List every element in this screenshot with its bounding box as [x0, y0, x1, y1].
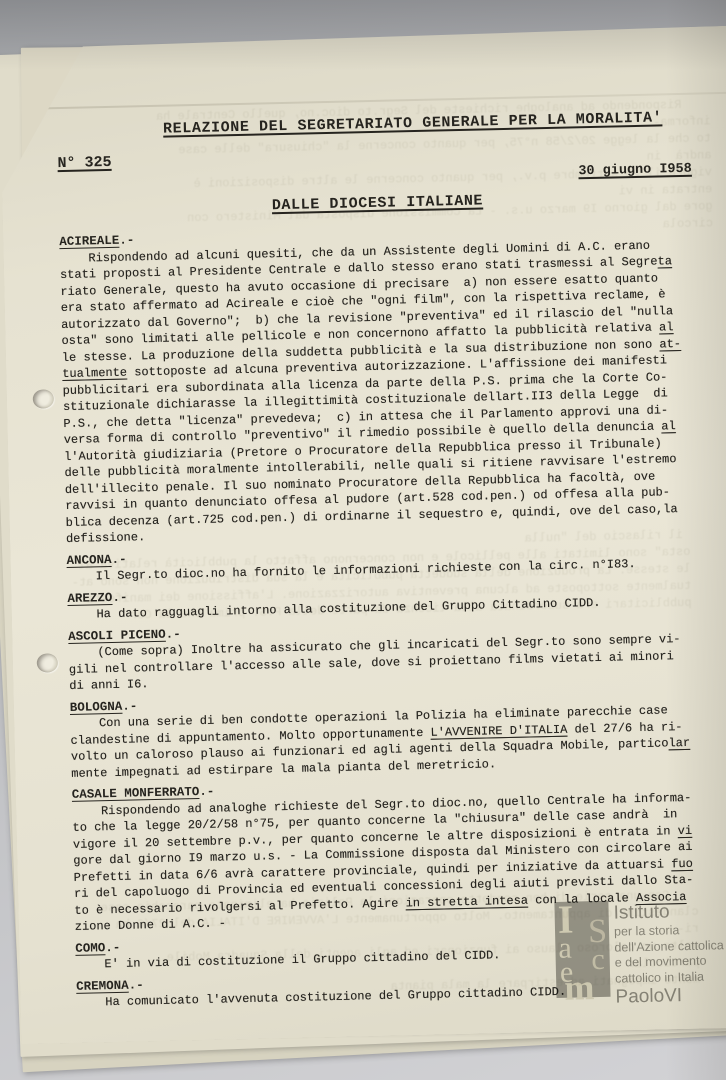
section-heading-suffix: .- [112, 590, 127, 604]
section-heading-suffix: .- [122, 699, 137, 713]
isacem-watermark: ISacem Istituto per la storia dell'Azion… [554, 898, 725, 1010]
watermark-text: Istituto per la storia dell'Azione catto… [613, 898, 725, 1008]
isacem-logo-icon: ISacem [554, 901, 610, 998]
document-subtitle: DALLE DIOCESI ITALIANE [58, 188, 696, 219]
section-name: ASCOLI PICENO [68, 627, 166, 643]
section-heading-suffix: .- [129, 978, 144, 992]
section-heading-suffix: .- [105, 940, 120, 954]
section: ACIREALE.- Rispondendo ad alcuni quesiti… [59, 220, 704, 548]
watermark-line: dell'Azione cattolica [614, 938, 724, 956]
section-heading-suffix: .- [199, 785, 214, 799]
isacem-letter-m: m [564, 969, 595, 1006]
section-name: ACIREALE [59, 234, 119, 249]
section: ASCOLI PICENO.- (Come sopra) Inoltre ha … [68, 614, 707, 694]
section-name: BOLOGNA [70, 699, 123, 714]
watermark-line: Istituto [613, 900, 723, 924]
paper-sheet: Rispondendo ad analoghe richieste del Se… [0, 26, 726, 1044]
section-heading-suffix: .- [119, 233, 134, 247]
photo-background: Rispondendo ad analoghe richieste del Se… [0, 0, 726, 1080]
section-name: CASALE MONFERRATO [72, 785, 200, 802]
section-paragraph: Rispondendo ad alcuni quesiti, che da un… [59, 236, 704, 547]
section-name: COMO [75, 941, 105, 956]
section-name: CREMONA [76, 978, 129, 993]
punch-hole-top [33, 389, 54, 408]
ink-bleedthrough: Rispondendo ad analoghe richieste del Se… [0, 26, 726, 43]
section: BOLOGNA.- Con una serie di ben condotte … [70, 685, 710, 782]
document-content: RELAZIONE DEL SEGRETARIATO GENERALE PER … [56, 65, 715, 1017]
punch-hole-bottom [37, 653, 58, 672]
section-name: AREZZO [67, 590, 112, 605]
section-name: ANCONA [66, 552, 111, 567]
section-paragraph: Con una serie di ben condotte operazioni… [70, 701, 709, 781]
section-heading-suffix: .- [111, 552, 126, 566]
section-heading-suffix: .- [166, 627, 181, 641]
document-title: RELAZIONE DEL SEGRETARIATO GENERALE PER … [57, 109, 695, 140]
section-list: ACIREALE.- Rispondendo ad alcuni quesiti… [59, 220, 714, 1012]
watermark-line: PaoloVI [615, 984, 725, 1008]
